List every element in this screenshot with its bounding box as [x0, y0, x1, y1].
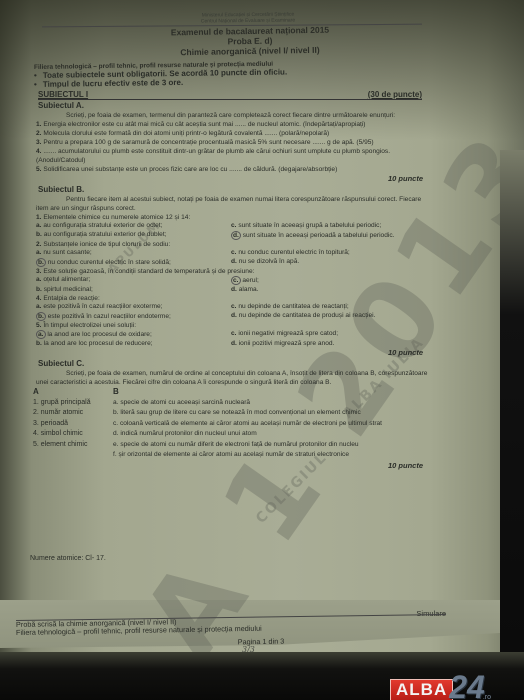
subiect-c-matching: A B 1. grupă principalăa. specie de atom… [33, 387, 448, 461]
item-text: Energia electronilor este cu atât mai mi… [43, 121, 365, 128]
circled-option-letter: b. [36, 312, 46, 321]
circled-option-letter: b. [36, 258, 46, 267]
answer-option: d. alama. [231, 286, 441, 295]
page-footer: Simulare Probă scrisă la chimie anorgani… [16, 617, 446, 654]
question-text: În timpul electrolizei unei soluții: [43, 322, 136, 329]
circled-option-letter: c. [231, 276, 241, 285]
question-stem: 3. Este soluție gazoasă, în condiții sta… [36, 267, 431, 276]
question-number: 4. [36, 295, 42, 302]
answer-option: a. nu sunt casante; [36, 249, 231, 258]
option-letter: c. [231, 249, 237, 256]
logo-brand: ALBA [390, 679, 453, 700]
answer-option: d. nu se dizolvă în apă. [231, 258, 441, 268]
answer-option: c. sunt situate în aceeași grupă a tabel… [231, 222, 441, 231]
option-text: nu depinde de cantitatea de produși ai r… [239, 312, 376, 319]
option-text: nu sunt casante; [43, 249, 91, 256]
item-number: 1. [36, 121, 42, 128]
question-number: 5. [36, 322, 42, 329]
answer-option: c. nu depinde de cantitatea de reactanți… [231, 303, 441, 312]
question-stem: 1. Elementele chimice cu numerele atomic… [36, 213, 431, 222]
options-grid: a. este pozitivă în cazul reacțiilor exo… [36, 303, 448, 321]
subiect-c-points: 10 puncte [28, 461, 423, 471]
subiect-b-questions: 1. Elementele chimice cu numerele atomic… [28, 213, 448, 348]
option-text: nu conduc curentul electric în stare sol… [48, 259, 171, 266]
option-text: aerul; [242, 277, 259, 284]
answer-option: b. nu conduc curentul electric în stare … [36, 258, 231, 268]
option-letter: c. [231, 222, 237, 229]
subiect-b-title: Subiectul B. [38, 185, 448, 195]
item-text: Molecula clorului este formată din doi a… [43, 130, 329, 137]
option-text: oțetul alimentar; [43, 276, 90, 283]
option-letter: a. [36, 303, 42, 310]
answer-option: c. ionii negativi migrează spre catod; [231, 330, 441, 340]
option-letter: d. [231, 312, 237, 319]
option-text: nu depinde de cantitatea de reactanți; [238, 303, 348, 310]
option-letter: a. [36, 276, 42, 283]
column-b-head: B [113, 387, 443, 398]
item-text: ....... acumulatorului cu plumb este con… [36, 148, 390, 164]
column-a-item: 1. grupă principală [33, 398, 113, 409]
item-number: 3. [36, 139, 42, 146]
column-b-item: b. literă sau grup de litere cu care se … [113, 408, 443, 419]
subiectul-i-points: (30 de puncte) [368, 90, 422, 99]
option-text: sunt situate în aceeași grupă a tabelulu… [238, 222, 381, 229]
option-text: au configurația stratului exterior de oc… [43, 222, 162, 229]
item-text: Pentru a prepara 100 g de saramură de co… [43, 139, 373, 146]
exam-sheet: Ministerul Educației și Cercetării Știin… [28, 12, 448, 562]
option-letter: b. [36, 286, 42, 293]
option-letter: b. [36, 231, 42, 238]
item-number: 2. [36, 130, 42, 137]
options-grid: a. nu sunt casante;c. nu conduc curentul… [36, 249, 448, 267]
option-text: au configurația stratului exterior de du… [44, 231, 167, 238]
column-b-item: f. șir orizontal de elemente ai căror at… [113, 450, 443, 461]
subiect-b-instruction: Pentru fiecare item al acestui subiect, … [36, 195, 431, 213]
option-text: spirtul medicinal; [44, 286, 93, 293]
options-grid: a. la anod are loc procesul de oxidare;c… [36, 330, 448, 348]
column-b-item: e. specie de atomi cu număr diferit de e… [113, 440, 443, 451]
column-a-item: 3. perioadă [33, 419, 113, 430]
option-text: ionii pozitivi migrează spre anod. [239, 340, 335, 347]
option-letter: a. [36, 222, 42, 229]
question-number: 1. [36, 214, 42, 221]
answer-option: b. este pozitivă în cazul reacțiilor end… [36, 312, 231, 322]
option-text: alama. [239, 286, 259, 293]
option-text: la anod are loc procesul de oxidare; [47, 331, 151, 338]
subiect-c-instruction: Scrieți, pe foaia de examen, numărul de … [36, 369, 431, 387]
answer-option: d. nu depinde de cantitatea de produși a… [231, 312, 441, 322]
item-number: 4. [36, 148, 42, 155]
column-a-item: 5. element chimic [33, 440, 113, 451]
question-number: 3. [36, 268, 42, 275]
question-text: Elementele chimice cu numerele atomice 1… [43, 214, 190, 221]
question-text: Este soluție gazoasă, în condiții standa… [43, 268, 254, 275]
answer-option: a. oțetul alimentar; [36, 276, 231, 286]
option-letter: b. [36, 340, 42, 347]
option-text: la anod are loc procesul de reducere; [44, 340, 153, 347]
column-a-item: 4. simbol chimic [33, 429, 113, 440]
column-b-item: d. indică numărul protonilor din nucleul… [113, 429, 443, 440]
answer-option: b. la anod are loc procesul de reducere; [36, 340, 231, 349]
question-stem: 2. Substanțele ionice de tipul clorurii … [36, 240, 431, 249]
logo-number: 24 [449, 673, 485, 700]
logo-tld: .ro [483, 694, 491, 700]
subiectul-i-header: SUBIECTUL I (30 de puncte) [38, 90, 422, 100]
subiect-a-item: 3. Pentru a prepara 100 g de saramură de… [36, 138, 431, 147]
option-text: este pozitivă în cazul reacțiilor exoter… [43, 303, 162, 310]
question-text: Entalpia de reacție: [43, 295, 99, 302]
option-letter: c. [231, 330, 237, 337]
column-a-head: A [33, 387, 113, 398]
subiect-a-title: Subiectul A. [38, 101, 448, 111]
answer-option: a. au configurația stratului exterior de… [36, 222, 231, 231]
option-text: nu conduc curentul electric în topitură; [238, 249, 349, 256]
circled-option-letter: d. [231, 231, 241, 240]
option-text: nu se dizolvă în apă. [239, 258, 299, 265]
option-text: sunt situate în aceeași perioadă a tabel… [243, 232, 395, 239]
subiect-a-item: 5. Solidificarea unei substanțe este un … [36, 165, 431, 174]
column-b-item: c. coloană verticală de elemente ai căro… [113, 419, 443, 430]
item-text: Solidificarea unei substanțe este un pro… [43, 166, 337, 173]
alba24-logo: ALBA 24 .ro [390, 673, 491, 700]
question-stem: 4. Entalpia de reacție: [36, 294, 431, 303]
option-letter: a. [36, 249, 42, 256]
atomic-numbers: Numere atomice: Cl- 17. [30, 555, 448, 562]
column-b-item: a. specie de atomi cu aceeași sarcină nu… [113, 398, 443, 409]
subiect-a-item: 4. ....... acumulatorului cu plumb este … [36, 147, 431, 165]
photo-edge [500, 150, 524, 700]
options-grid: a. oțetul alimentar;c. aerul;b. spirtul … [36, 276, 448, 294]
subiect-b-points: 10 puncte [28, 348, 423, 358]
option-letter: d. [231, 258, 237, 265]
subiect-a-instruction: Scrieți, pe foaia de examen, termenul di… [36, 111, 431, 120]
answer-option: c. nu conduc curentul electric în topitu… [231, 249, 441, 258]
subiect-c-title: Subiectul C. [38, 359, 448, 369]
answer-option: b. au configurația stratului exterior de… [36, 231, 231, 241]
answer-option: a. este pozitivă în cazul reacțiilor exo… [36, 303, 231, 312]
option-letter: d. [231, 340, 237, 347]
answer-option: d. ionii pozitivi migrează spre anod. [231, 340, 441, 349]
question-number: 2. [36, 241, 42, 248]
answer-option: d. sunt situate în aceeași perioadă a ta… [231, 231, 441, 241]
option-text: ionii negativi migrează spre catod; [238, 330, 338, 337]
subiect-a-items: 1. Energia electronilor este cu atât mai… [28, 120, 448, 174]
column-a-item: 2. număr atomic [33, 408, 113, 419]
option-text: este pozitivă în cazul reacțiilor endote… [48, 313, 171, 320]
answer-option: b. spirtul medicinal; [36, 286, 231, 295]
answer-option: a. la anod are loc procesul de oxidare; [36, 330, 231, 340]
column-a-item [33, 450, 113, 461]
circled-option-letter: a. [36, 330, 46, 339]
option-letter: c. [231, 303, 237, 310]
options-grid: a. au configurația stratului exterior de… [36, 222, 448, 240]
subiect-a-points: 10 puncte [28, 174, 423, 184]
answer-option: c. aerul; [231, 276, 441, 286]
subiect-a-item: 1. Energia electronilor este cu atât mai… [36, 120, 431, 129]
option-letter: d. [231, 286, 237, 293]
question-stem: 5. În timpul electrolizei unei soluții: [36, 321, 431, 330]
item-number: 5. [36, 166, 42, 173]
subiect-a-item: 2. Molecula clorului este formată din do… [36, 129, 431, 138]
subiectul-i-title: SUBIECTUL I [38, 90, 88, 99]
question-text: Substanțele ionice de tipul clorurii de … [43, 241, 170, 248]
